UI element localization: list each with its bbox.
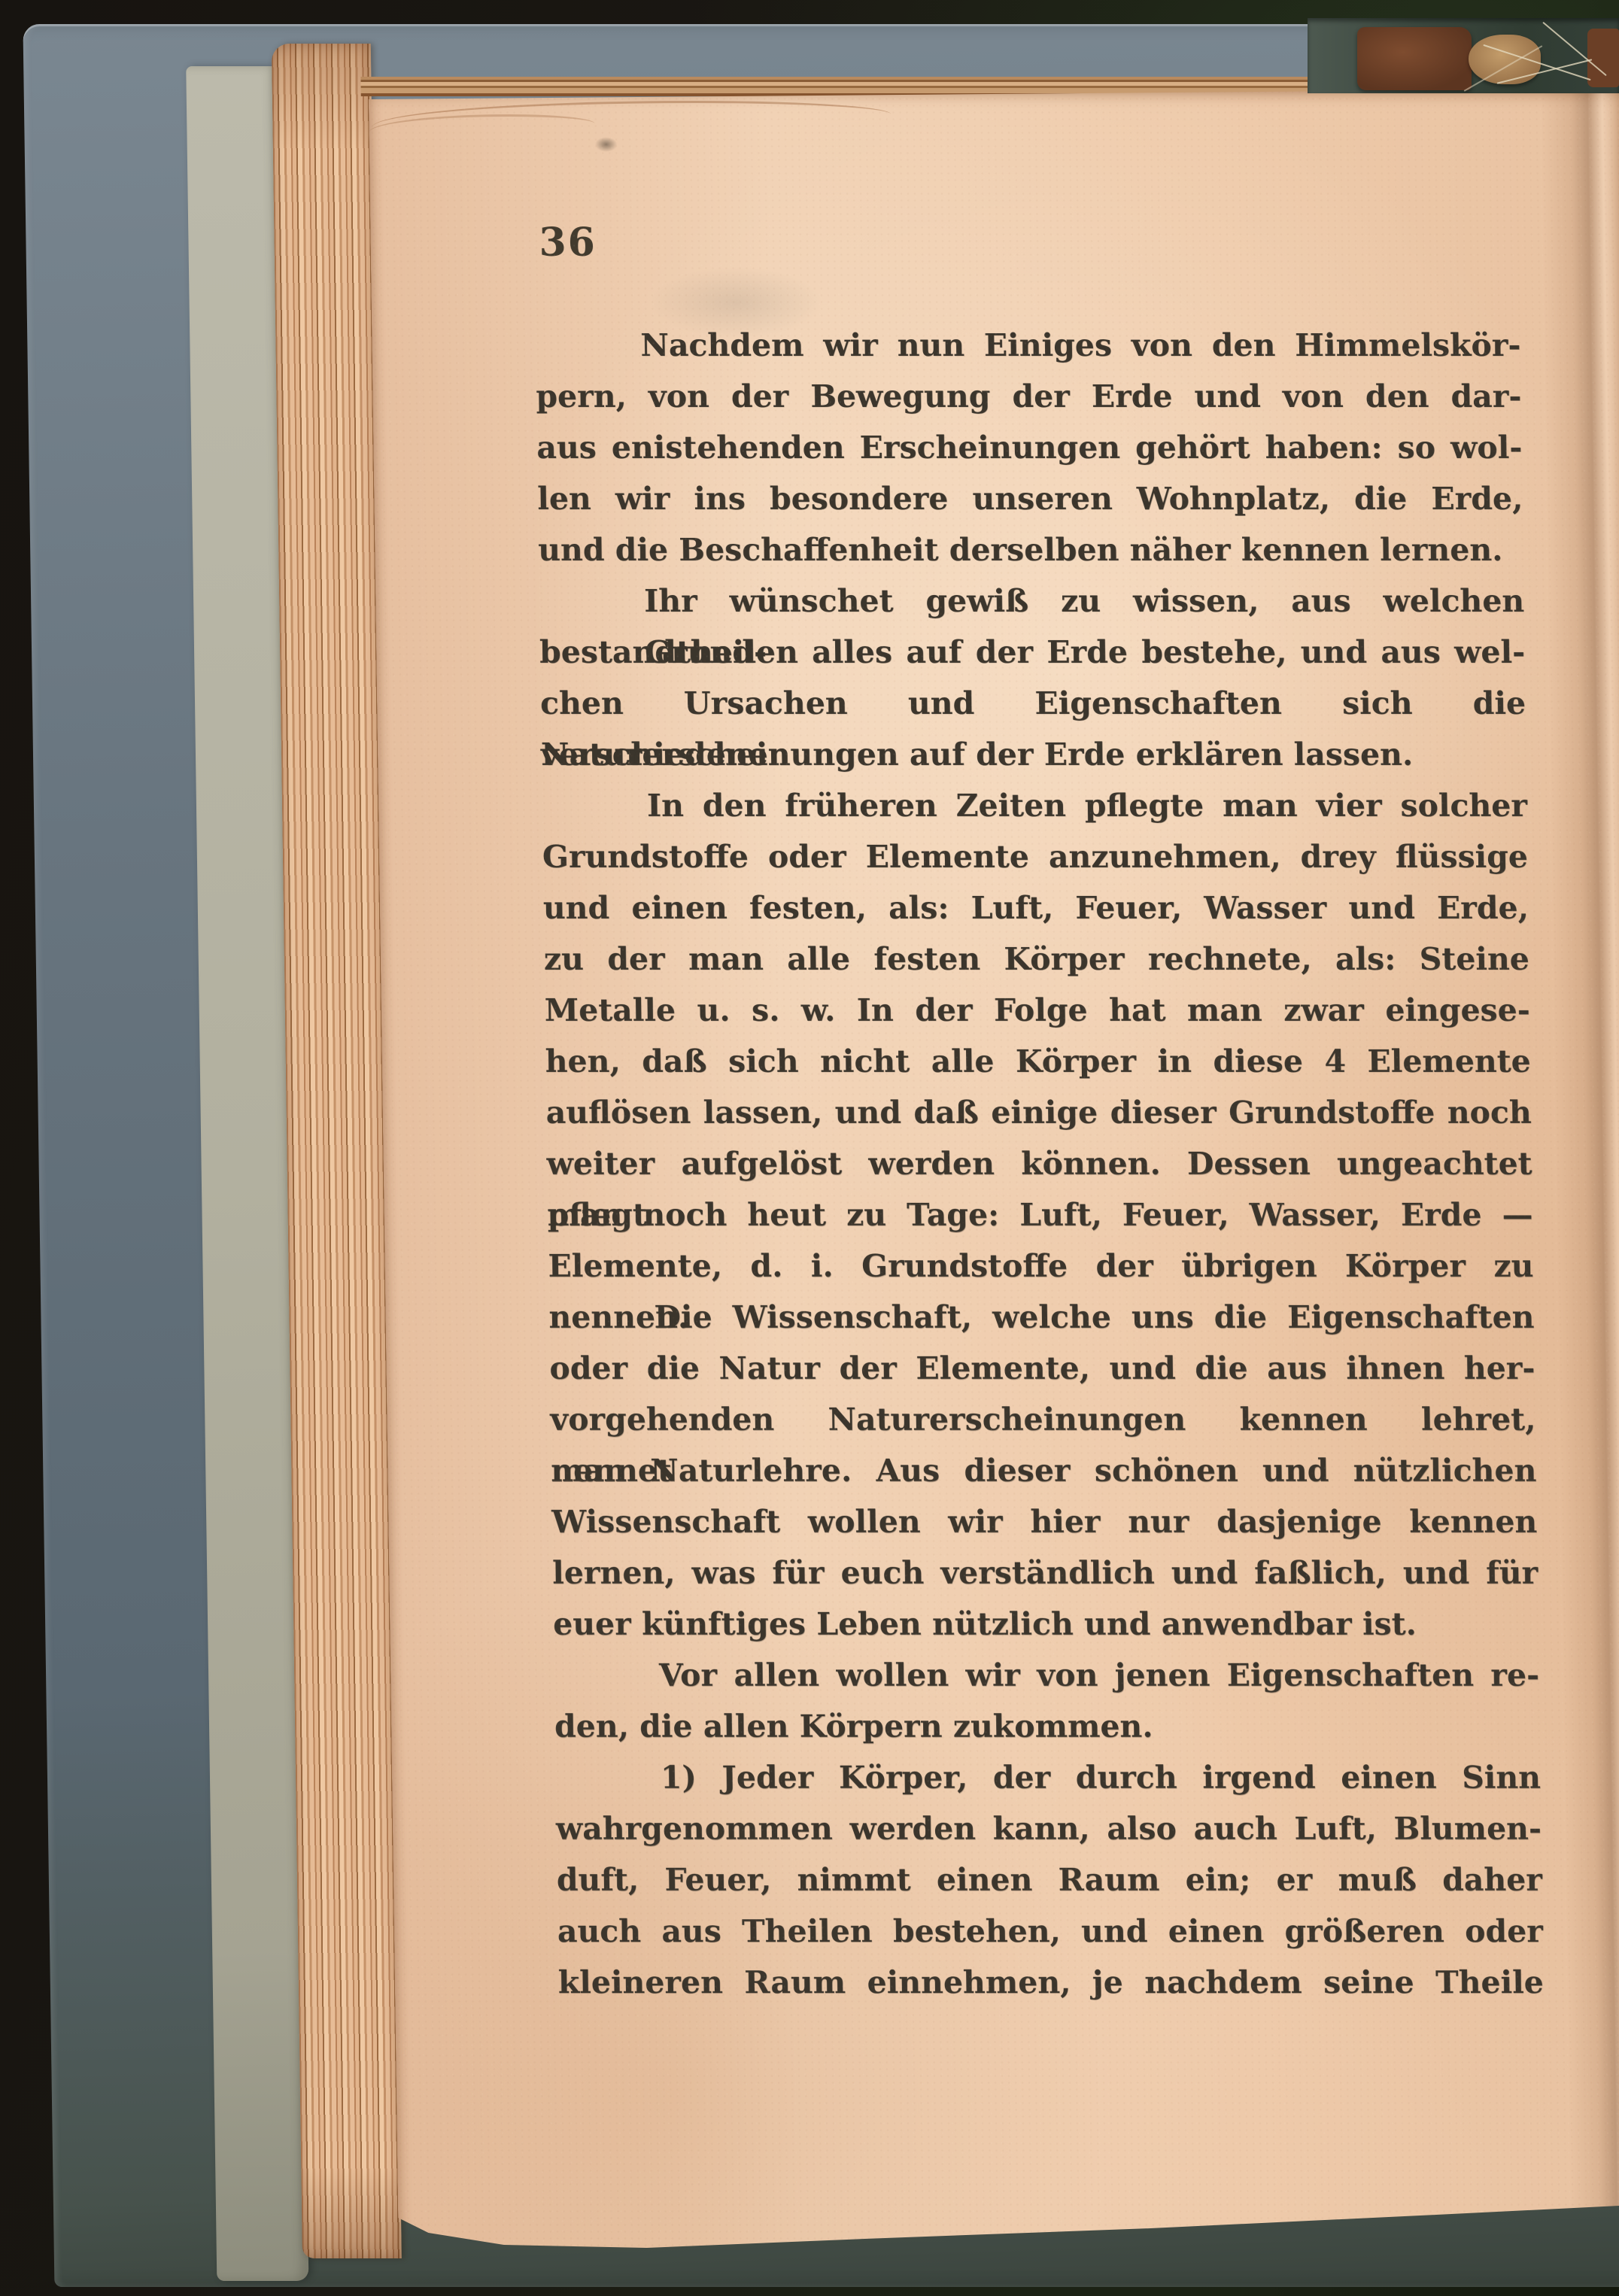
text-line: und einen festen, als: Luft, Feuer, Wass… bbox=[542, 882, 1529, 934]
ink-fleck bbox=[595, 137, 618, 152]
text-line: auflösen lassen, und daß einige dieser G… bbox=[545, 1087, 1532, 1138]
corner-fold-line bbox=[372, 101, 892, 148]
text-line: man Naturlehre. Aus dieser schönen und n… bbox=[551, 1445, 1537, 1496]
text-line: zu der man alle festen Körper rechnete, … bbox=[543, 934, 1529, 985]
text-line: duft, Feuer, nimmt einen Raum ein; er mu… bbox=[556, 1854, 1542, 1906]
text-line: pern, von der Bewegung der Erde und von … bbox=[536, 371, 1522, 422]
text-line: len wir ins besondere unseren Wohnplatz,… bbox=[537, 473, 1523, 524]
text-line: wahrgenommen werden kann, also auch Luft… bbox=[555, 1803, 1542, 1854]
text-line: den, die allen Körpern zukommen. bbox=[554, 1701, 1541, 1752]
text-line: Vor allen wollen wir von jenen Eigenscha… bbox=[554, 1650, 1540, 1701]
book: 36 Nachdem wir nun Einiges von den Himme… bbox=[0, 0, 1619, 2296]
text-line: bestandtheilen alles auf der Erde besteh… bbox=[539, 627, 1526, 678]
binding-damage bbox=[1308, 18, 1619, 93]
right-fold-crease bbox=[1541, 89, 1619, 2270]
leather-fragment bbox=[1357, 27, 1472, 90]
text-line: Wissenschaft wollen wir hier nur dasjeni… bbox=[551, 1496, 1538, 1547]
text-line: auch aus Theilen bestehen, und einen grö… bbox=[557, 1906, 1543, 1957]
text-line: euer künftiges Leben nützlich und anwend… bbox=[553, 1599, 1539, 1650]
text-line: hen, daß sich nicht alle Körper in diese… bbox=[545, 1036, 1531, 1087]
text-line: Grundstoffe oder Elemente anzunehmen, dr… bbox=[542, 831, 1528, 882]
text-line: weiter aufgelöst werden können. Dessen u… bbox=[546, 1138, 1532, 1189]
text-line: 1) Jeder Körper, der durch irgend einen … bbox=[555, 1752, 1542, 1803]
text-line: vorgehenden Naturerscheinungen kennen le… bbox=[550, 1394, 1536, 1445]
photo-backdrop: { "document": { "type": "scanned-book-pa… bbox=[0, 0, 1619, 2296]
text-line: aus enistehenden Erscheinungen gehört ha… bbox=[536, 422, 1523, 473]
text-line: kleineren Raum einnehmen, je nachdem sei… bbox=[557, 1957, 1544, 2008]
text-line: chen Ursachen und Eigenschaften sich die… bbox=[540, 678, 1526, 729]
text-line: und die Beschaffenheit derselben näher k… bbox=[538, 524, 1524, 576]
book-page: 36 Nachdem wir nun Einiges von den Himme… bbox=[369, 89, 1619, 2270]
text-line: In den früheren Zeiten pflegte man vier … bbox=[541, 780, 1527, 831]
corner-fold-line bbox=[369, 114, 595, 147]
text-line: Die Wissenschaft, welche uns die Eigensc… bbox=[548, 1292, 1535, 1343]
text-line: Naturerscheinungen auf der Erde erklären… bbox=[541, 729, 1527, 780]
text-line: man noch heut zu Tage: Luft, Feuer, Wass… bbox=[547, 1189, 1533, 1241]
leather-fragment bbox=[1587, 29, 1619, 87]
text-line: oder die Natur der Elemente, und die aus… bbox=[549, 1343, 1535, 1394]
text-line: lernen, was für euch verständlich und fa… bbox=[552, 1547, 1539, 1599]
text-line: Nachdem wir nun Einiges von den Himmelsk… bbox=[535, 320, 1521, 371]
text-line: Metalle u. s. w. In der Folge hat man zw… bbox=[544, 985, 1530, 1036]
text-line: Ihr wünschet gewiß zu wissen, aus welche… bbox=[539, 576, 1525, 627]
text-line: Elemente, d. i. Grundstoffe der übrigen … bbox=[548, 1241, 1534, 1292]
text-block: Nachdem wir nun Einiges von den Himmelsk… bbox=[535, 320, 1544, 2008]
page-number: 36 bbox=[539, 217, 630, 269]
